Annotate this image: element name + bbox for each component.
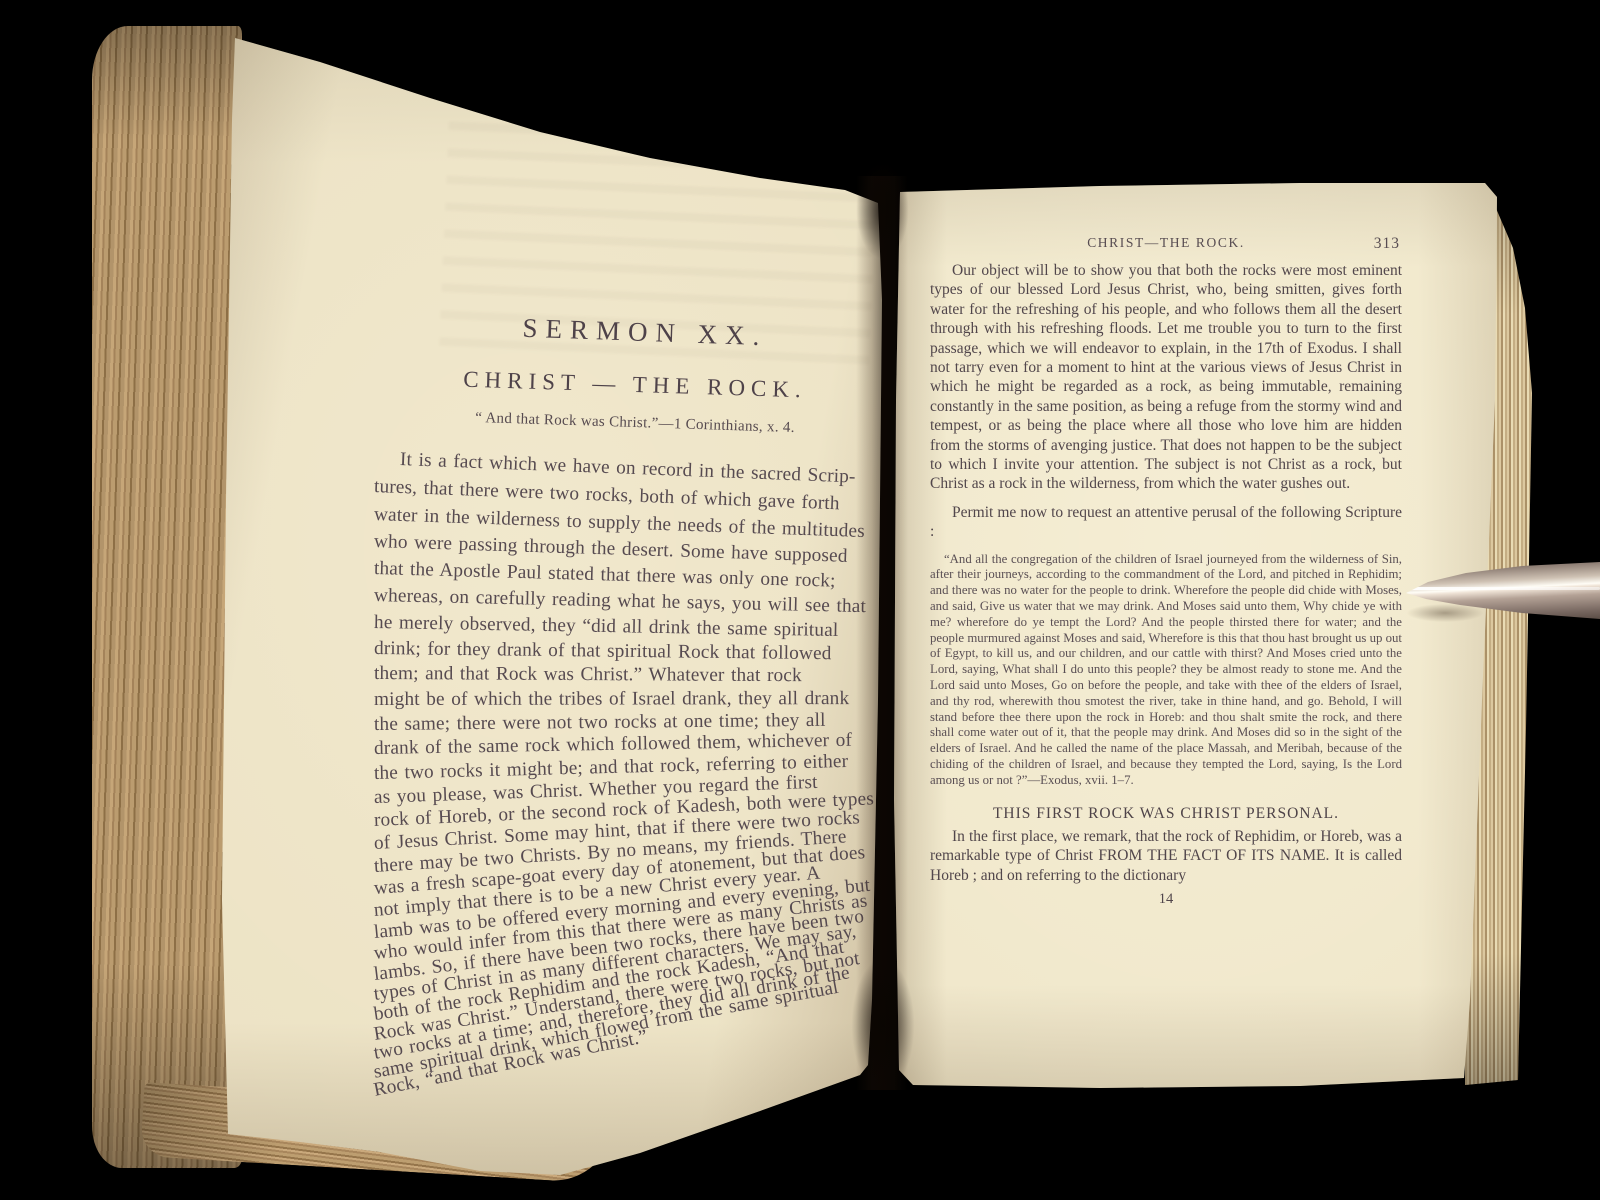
epigraph-verse: “ And that Rock was Christ.”—1 Corinthia…: [385, 407, 885, 440]
body-text-line: he merely observed, they “did all drink …: [374, 612, 839, 642]
paragraph: In the first place, we remark, that the …: [930, 827, 1402, 885]
running-header-title: CHRIST—THE ROCK.: [1087, 235, 1245, 250]
gutter-shadow-bottom: [838, 930, 928, 1120]
right-page-body: Our object will be to show you that both…: [930, 261, 1402, 910]
running-header: CHRIST—THE ROCK. 313: [930, 235, 1402, 257]
paragraph: Our object will be to show you that both…: [930, 261, 1402, 494]
body-text-line: drink; for they drank of that spiritual …: [374, 638, 832, 665]
body-text-line: them; and that Rock was Christ.” Whateve…: [374, 663, 802, 687]
book-fore-edge-left: [92, 26, 242, 1168]
section-heading: THIS FIRST ROCK WAS CHRIST PERSONAL.: [930, 804, 1402, 823]
body-text-line: might be of which the tribes of Israel d…: [374, 688, 849, 711]
right-page: CHRIST—THE ROCK. 313 Our object will be …: [885, 175, 1505, 1095]
book-photograph: { "book": { "left_page": { "heading": "S…: [0, 0, 1600, 1200]
gutter-shadow-top: [845, 140, 920, 280]
left-page-body: It is a fact which we have on record in …: [374, 448, 879, 1148]
paragraph: Permit me now to request an attentive pe…: [930, 503, 1402, 542]
sermon-title: CHRIST — THE ROCK.: [355, 363, 916, 407]
scripture-quote: “And all the congregation of the childre…: [930, 552, 1402, 789]
signature-mark: 14: [930, 890, 1402, 909]
page-number: 313: [1374, 235, 1400, 253]
left-page: SERMON XX. CHRIST — THE ROCK. “ And that…: [205, 25, 905, 1185]
